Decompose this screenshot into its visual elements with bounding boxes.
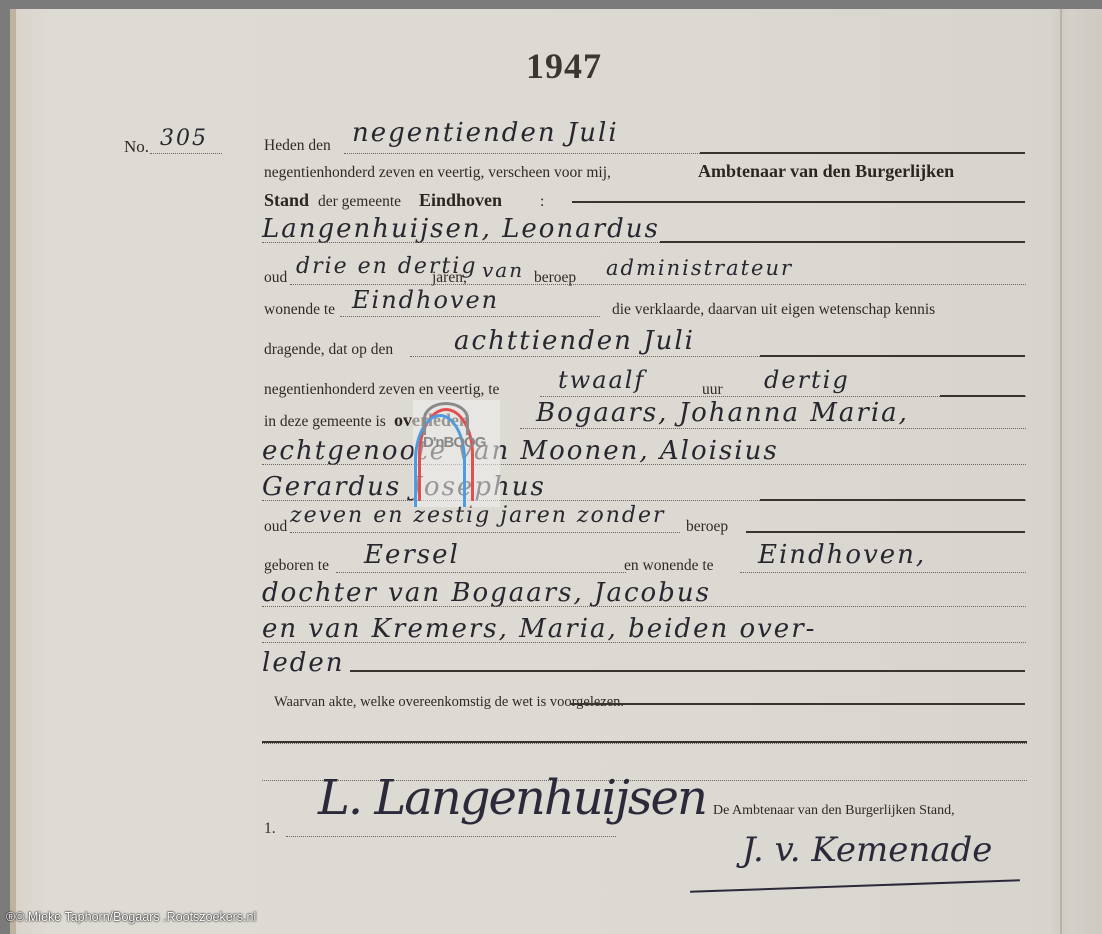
- death-hour: twaalf: [558, 366, 645, 394]
- jaren-label: jaren,: [432, 269, 467, 287]
- father-line: dochter van Bogaars, Jacobus: [262, 578, 711, 608]
- record-number-value: 305: [160, 126, 208, 151]
- dotted-line: [340, 316, 600, 317]
- colon: :: [540, 193, 544, 211]
- dotted-line: [410, 356, 820, 357]
- year-time-label: negentienhonderd zeven en veertig, te: [264, 381, 499, 399]
- dotted-line: [262, 642, 1026, 643]
- dotted-line: [290, 532, 680, 533]
- heden-label: Heden den: [264, 137, 331, 155]
- copyright-credit: ®©.Mieke Taphorn/Bogaars .Rootszoekers.n…: [6, 910, 256, 924]
- witness-number: 1.: [264, 820, 276, 838]
- record-number-label: No.: [124, 137, 149, 157]
- birthplace: Eersel: [364, 540, 460, 570]
- dotted-line: [336, 572, 626, 573]
- declaration-text: die verklaarde, daarvan uit eigen wetens…: [612, 301, 935, 319]
- overleden-continued: leden: [262, 648, 344, 678]
- date-value: negentienden Juli: [352, 118, 619, 148]
- beroep-label: beroep: [534, 269, 576, 287]
- book-gutter: [1060, 9, 1062, 934]
- fill-line: [660, 241, 1025, 243]
- page-stack-edge: [10, 9, 16, 934]
- dotted-line: [290, 284, 1026, 285]
- mother-line: en van Kremers, Maria, beiden over-: [262, 614, 816, 644]
- watermark-logo: D'nBOOG: [413, 400, 500, 507]
- watermark-text: D'nBOOG: [423, 434, 485, 451]
- spouse-line: echtgenoote van Moonen, Aloisius: [262, 436, 779, 466]
- dotted-line: [262, 464, 1026, 465]
- dragende-label: dragende, dat op den: [264, 341, 393, 359]
- oud-label: oud: [264, 269, 287, 287]
- oud-label: oud: [264, 518, 287, 536]
- declarant-name: Langenhuijsen, Leonardus: [262, 214, 660, 244]
- fill-line: [746, 531, 1025, 533]
- dotted-line: [740, 572, 1026, 573]
- dotted-line: [262, 606, 1026, 607]
- fill-line: [940, 395, 1025, 397]
- official-signature: J. v. Kemenade: [742, 830, 992, 870]
- uur-label: uur: [702, 381, 723, 399]
- appearance-text: negentienhonderd zeven en veertig, versc…: [264, 164, 611, 182]
- fill-line: [350, 670, 1025, 672]
- municipality-name: Eindhoven: [419, 190, 502, 211]
- wonende-label: wonende te: [264, 301, 335, 319]
- witness-signature: L. Langenhuijsen: [318, 770, 706, 826]
- fill-line: [760, 499, 1025, 501]
- fill-line: [760, 355, 1025, 357]
- dotted-line: [262, 242, 702, 243]
- dotted-line: [520, 428, 1026, 429]
- stand-heading: Stand: [264, 190, 309, 211]
- death-minutes: dertig: [764, 366, 850, 394]
- fill-line: [570, 703, 1025, 705]
- death-date: achttienden Juli: [454, 326, 695, 356]
- declarant-residence: Eindhoven: [352, 286, 499, 314]
- spouse-name-continued: Gerardus Josephus: [262, 472, 546, 502]
- declarant-occupation: administrateur: [606, 256, 793, 280]
- witness-signature-line: [286, 836, 616, 837]
- wonende-label: en wonende te: [624, 557, 714, 575]
- deceased-name: Bogaars, Johanna Maria,: [536, 398, 909, 428]
- watermark-arc-grey: [423, 402, 469, 435]
- register-year: 1947: [526, 45, 602, 87]
- gemeente-is-label: in deze gemeente is: [264, 413, 386, 431]
- geboren-label: geboren te: [264, 557, 329, 575]
- gemeente-text: der gemeente: [318, 193, 401, 211]
- official-heading: Ambtenaar van den Burgerlijken: [698, 161, 954, 182]
- deceased-residence: Eindhoven,: [758, 540, 926, 570]
- number-dotted-line: [150, 153, 222, 154]
- van-value: van: [482, 258, 524, 282]
- beroep-label: beroep: [686, 518, 728, 536]
- official-title: De Ambtenaar van den Burgerlijken Stand,: [713, 803, 955, 819]
- fill-line: [572, 201, 1025, 203]
- dotted-line: [262, 743, 1027, 744]
- fill-line: [700, 152, 1025, 154]
